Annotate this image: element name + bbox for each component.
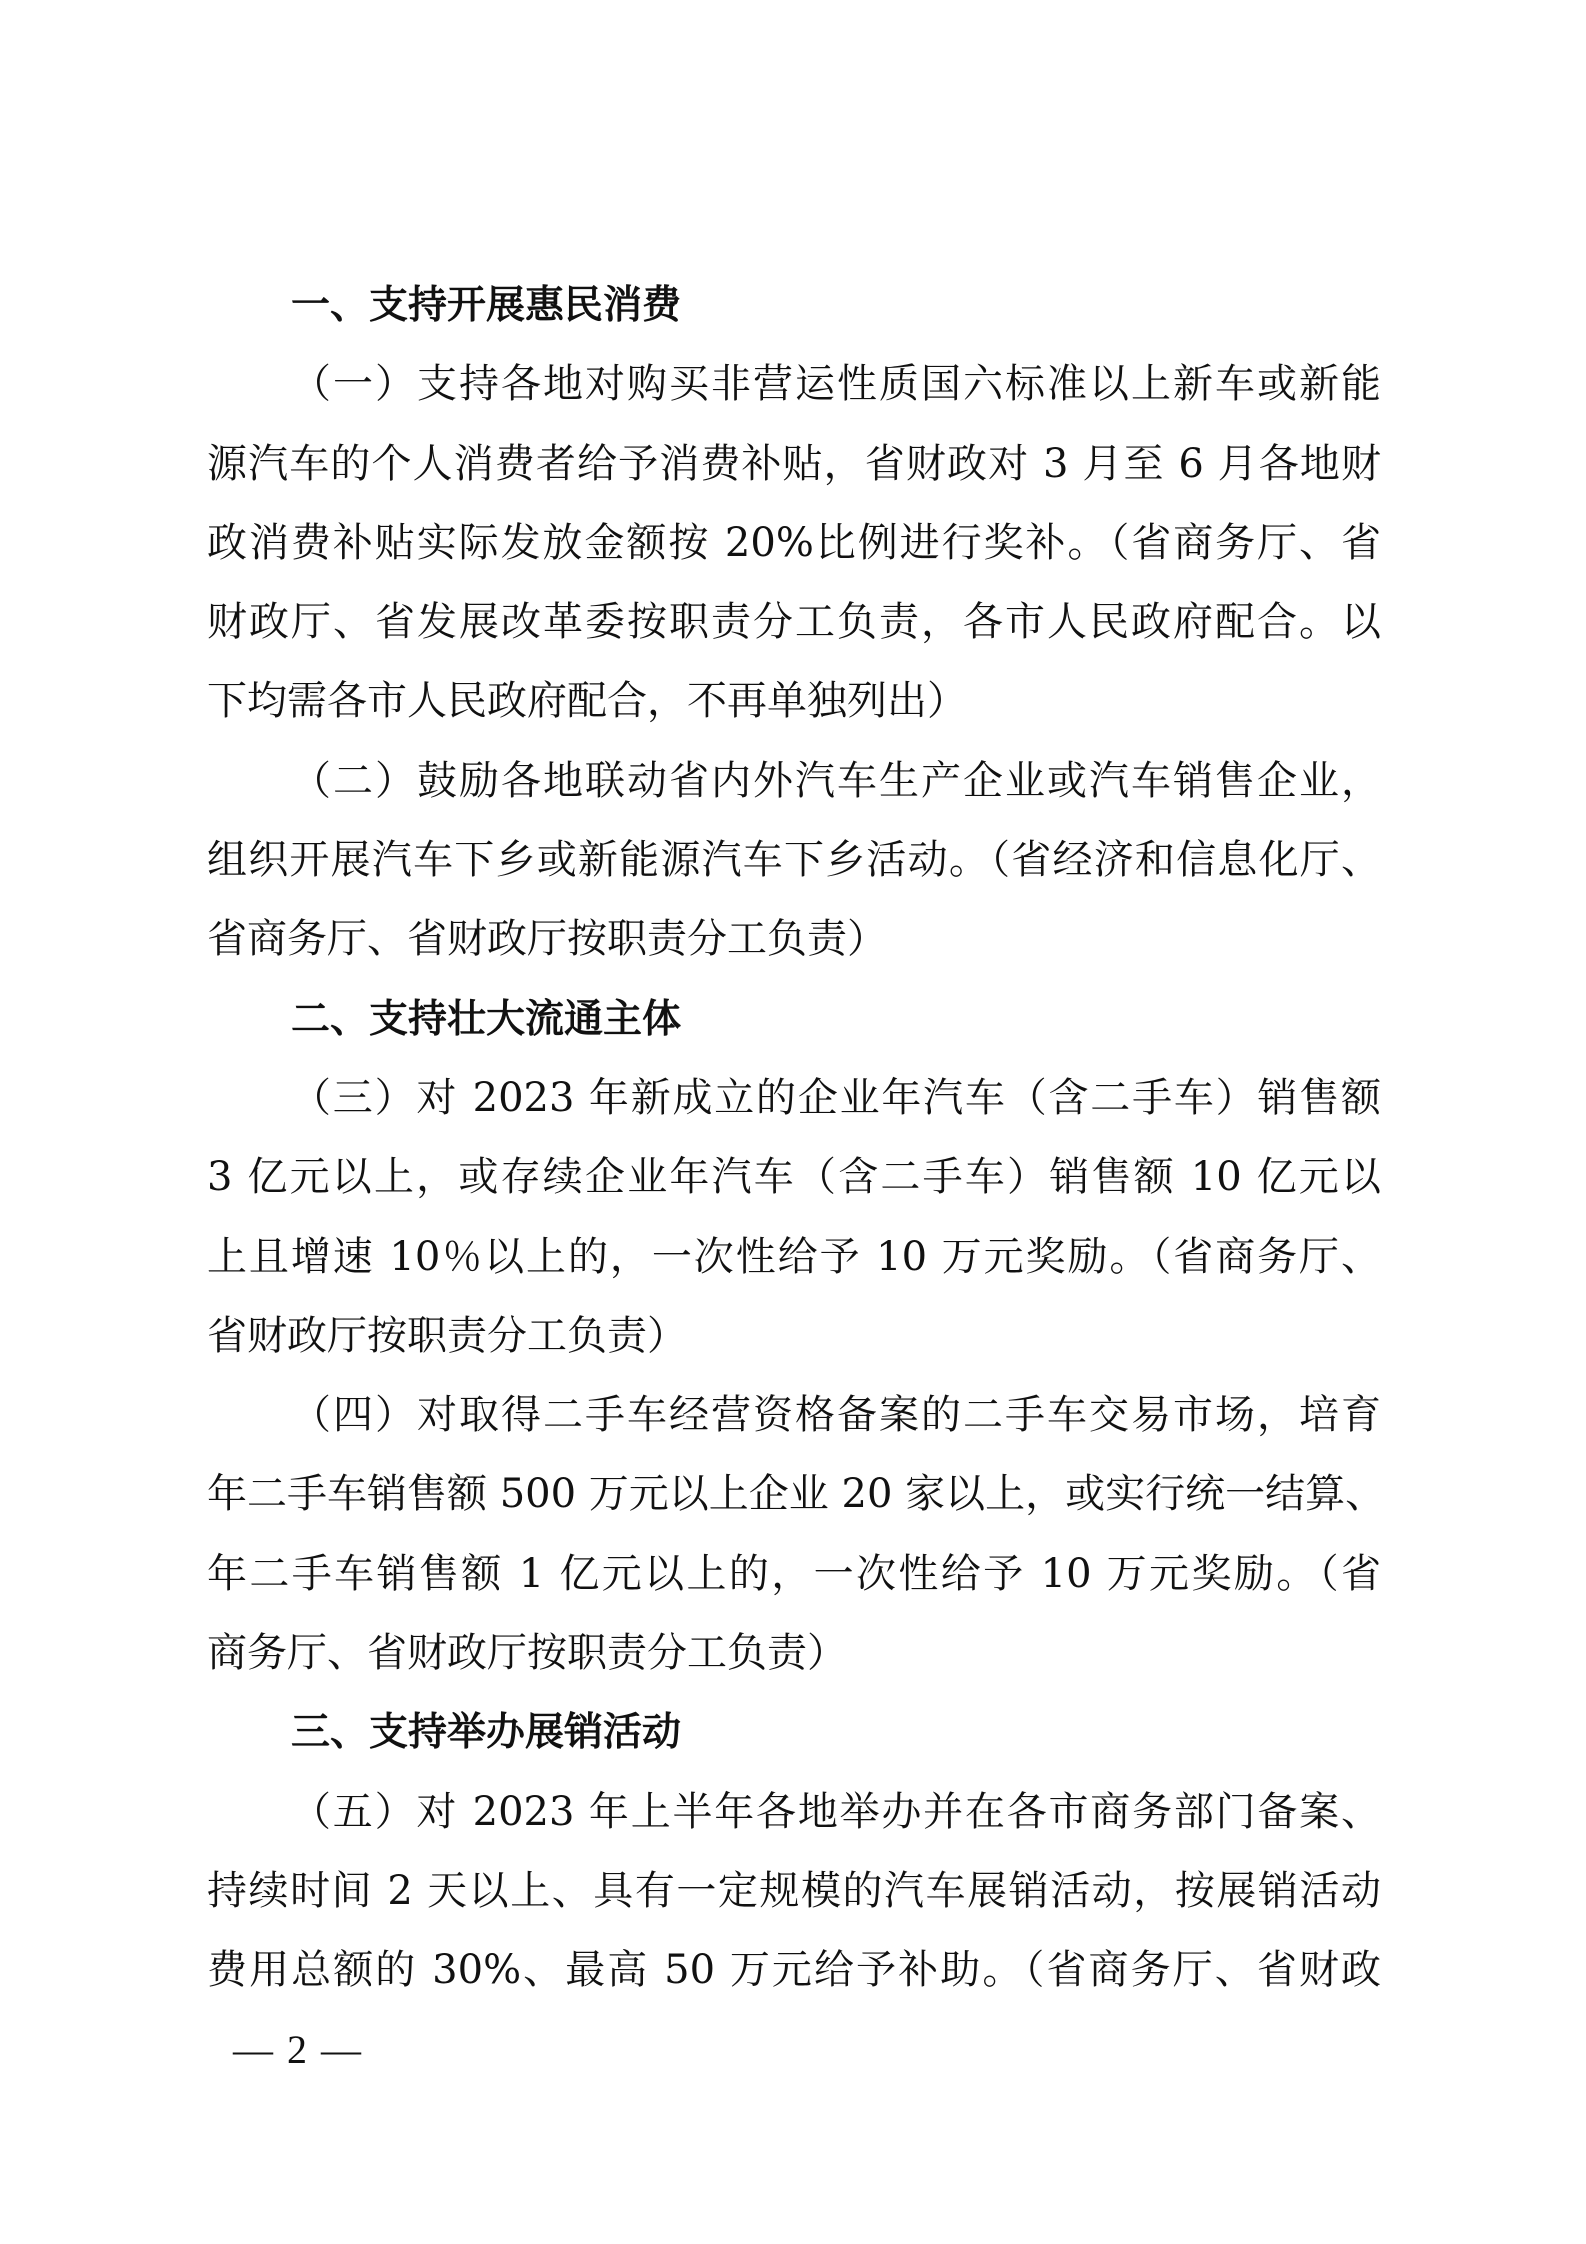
paragraph-line: （四）对取得二手车经营资格备案的二手车交易市场，培育 <box>207 1376 1381 1455</box>
paragraph-line: 持续时间 2 天以上、具有一定规模的汽车展销活动，按展销活动 <box>207 1852 1381 1931</box>
paragraph-line: 省商务厅、省财政厅按职责分工负责） <box>207 900 1381 979</box>
section-heading-1: 一、支持开展惠民消费 <box>207 266 1381 345</box>
paragraph-line: 组织开展汽车下乡或新能源汽车下乡活动。（省经济和信息化厅、 <box>207 821 1381 900</box>
paragraph-line: （二）鼓励各地联动省内外汽车生产企业或汽车销售企业， <box>207 742 1381 821</box>
document-page: 一、支持开展惠民消费 （一）支持各地对购买非营运性质国六标准以上新车或新能 源汽… <box>0 0 1586 2244</box>
paragraph-line: 政消费补贴实际发放金额按 20%比例进行奖补。（省商务厅、省 <box>207 504 1381 583</box>
section-heading-2: 二、支持壮大流通主体 <box>207 980 1381 1059</box>
paragraph-line: 商务厅、省财政厅按职责分工负责） <box>207 1614 1381 1693</box>
paragraph-line: 年二手车销售额 500 万元以上企业 20 家以上，或实行统一结算、 <box>207 1455 1381 1534</box>
paragraph-line: 财政厅、省发展改革委按职责分工负责，各市人民政府配合。以 <box>207 583 1381 662</box>
document-body: 一、支持开展惠民消费 （一）支持各地对购买非营运性质国六标准以上新车或新能 源汽… <box>207 266 1381 2011</box>
paragraph-line: （三）对 2023 年新成立的企业年汽车（含二手车）销售额 <box>207 1059 1381 1138</box>
paragraph-line: 年二手车销售额 1 亿元以上的，一次性给予 10 万元奖励。（省 <box>207 1535 1381 1614</box>
paragraph-line: （一）支持各地对购买非营运性质国六标准以上新车或新能 <box>207 345 1381 424</box>
paragraph-line: 下均需各市人民政府配合，不再单独列出） <box>207 662 1381 741</box>
section-heading-3: 三、支持举办展销活动 <box>207 1693 1381 1772</box>
page-number: — 2 — <box>233 2026 363 2073</box>
paragraph-line: （五）对 2023 年上半年各地举办并在各市商务部门备案、 <box>207 1773 1381 1852</box>
paragraph-line: 源汽车的个人消费者给予消费补贴，省财政对 3 月至 6 月各地财 <box>207 425 1381 504</box>
paragraph-line: 费用总额的 30%、最高 50 万元给予补助。（省商务厅、省财政 <box>207 1931 1381 2010</box>
paragraph-line: 上且增速 10％以上的，一次性给予 10 万元奖励。（省商务厅、 <box>207 1218 1381 1297</box>
paragraph-line: 省财政厅按职责分工负责） <box>207 1297 1381 1376</box>
paragraph-line: 3 亿元以上，或存续企业年汽车（含二手车）销售额 10 亿元以 <box>207 1138 1381 1217</box>
